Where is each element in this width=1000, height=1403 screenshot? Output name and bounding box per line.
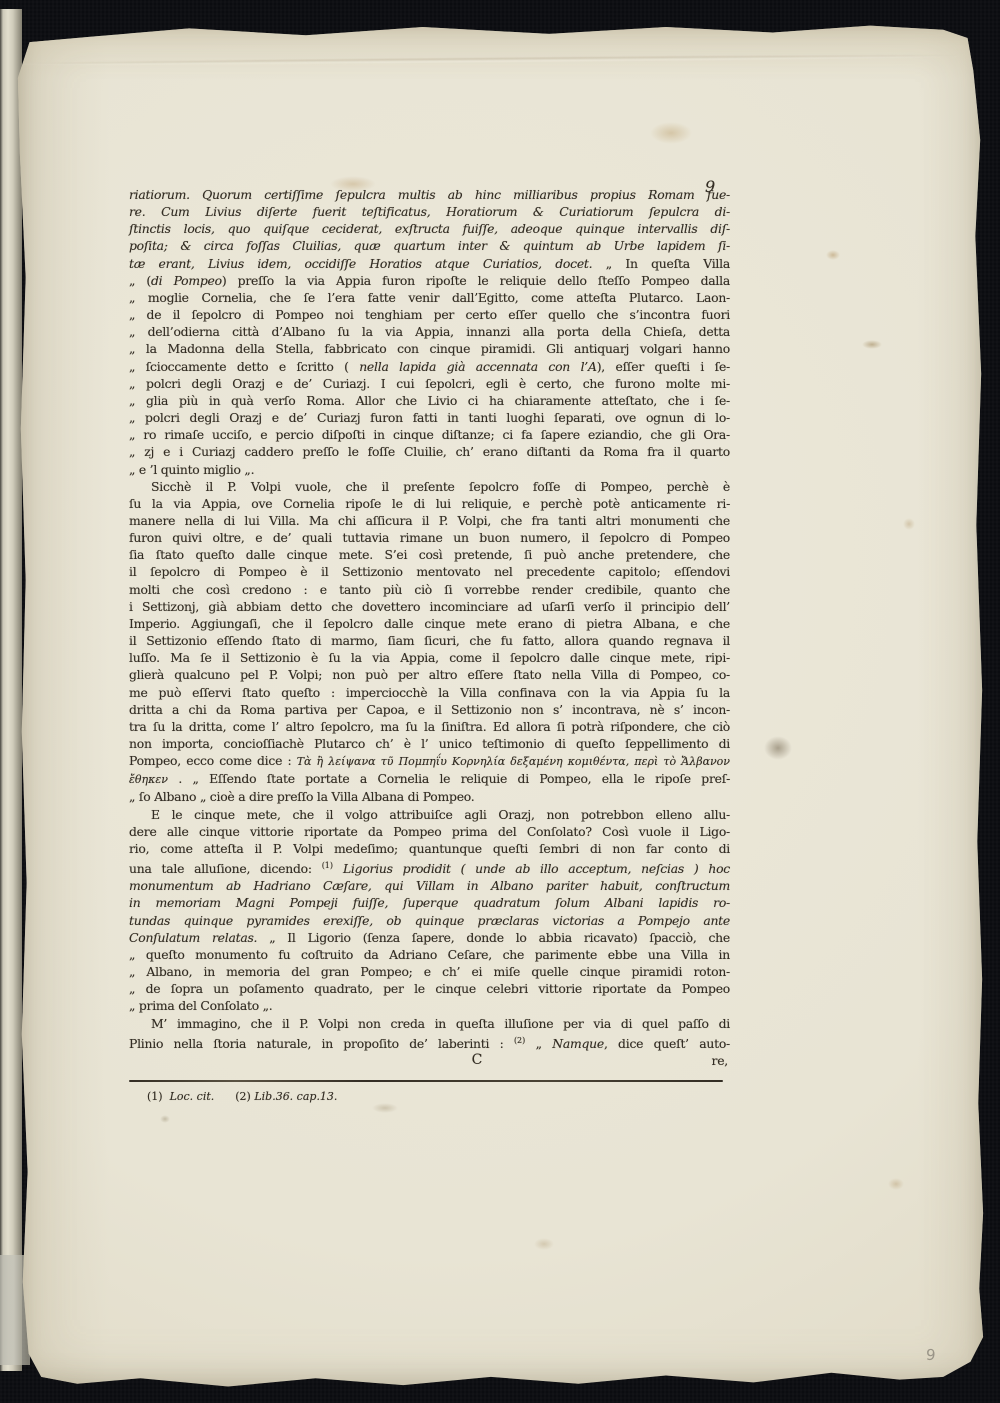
text-line: i Settizonj, già abbiam detto che dovett… bbox=[129, 598, 730, 615]
text-segment: ) preſſo la via Appia furon ripoſte le r… bbox=[222, 273, 730, 288]
text-segment: il Settizonio eſſendo ſtato di marmo, ſi… bbox=[129, 633, 730, 648]
text-line: in memoriam Magni Pompeji fuiſſe, ſuperq… bbox=[129, 894, 730, 911]
text-segment: „ ſo Albano „ cioè a dire preſſo la Vill… bbox=[129, 789, 474, 804]
text-segment: „ queſto monumento fu coſtruito da Adria… bbox=[129, 947, 730, 962]
text-segment: tæ erant, Livius idem, occidiſſe Horatio… bbox=[129, 256, 606, 271]
text-line: ſia ſtato queſto dalle cinque mete. S’ei… bbox=[129, 546, 730, 563]
text-segment: tra ſu la dritta, come l’ altro ſepolcro… bbox=[129, 719, 730, 734]
text-line: Conſulatum relatas. „ Il Ligorio (ſenza … bbox=[129, 929, 730, 946]
text-segment: „ e ’l quinto miglio „. bbox=[129, 462, 254, 477]
text-line: re. Cum Livius diſerte fuerit teſtificat… bbox=[129, 203, 730, 220]
text-segment: ἔθηκεν bbox=[129, 773, 168, 786]
footnote-segment: (2) bbox=[235, 1090, 254, 1103]
text-line: Plinio nella ſtoria naturale, in propoſi… bbox=[129, 1032, 730, 1052]
text-segment: „ Il Ligorio (ſenza ſapere, donde lo abb… bbox=[269, 930, 730, 945]
gathering-signature: C bbox=[472, 1052, 482, 1069]
text-segment: „ prima del Conſolato „. bbox=[129, 998, 272, 1013]
text-segment: ſu la via Appia, ove Cornelia ripoſe le … bbox=[129, 496, 730, 511]
text-segment: manere nella di lui Villa. Ma chi aſſicu… bbox=[129, 513, 730, 528]
text-segment: di Pompeo bbox=[151, 273, 222, 288]
text-line: non importa, concioſſiachè Plutarco ch’ … bbox=[129, 735, 730, 752]
text-segment: „ zj e i Curiazj caddero preſſo le foſſe… bbox=[129, 444, 730, 459]
text-segment: ſtinctis locis, quo quiſque ceciderat, e… bbox=[129, 221, 730, 236]
text-segment: re. Cum Livius diſerte fuerit teſtificat… bbox=[129, 204, 730, 219]
text-segment: „ moglie Cornelia, che ſe l’era fatte ve… bbox=[129, 290, 730, 305]
text-segment: riatiorum. Quorum certiſſime ſepulcra mu… bbox=[129, 187, 730, 202]
text-line: „ la Madonna della Stella, fabbricato co… bbox=[129, 340, 730, 357]
text-segment: Imperio. Aggiungaſi, che il ſepolcro dal… bbox=[129, 616, 730, 631]
body-text: riatiorum. Quorum certiſſime ſepulcra mu… bbox=[129, 186, 730, 1052]
signature-row: C re, bbox=[129, 1052, 730, 1069]
footnote-segment: (1) bbox=[147, 1090, 170, 1103]
text-line: ἔθηκεν . „ Eſſendo ſtate portate a Corne… bbox=[129, 770, 730, 788]
text-line: tra ſu la dritta, come l’ altro ſepolcro… bbox=[129, 718, 730, 735]
text-line: dere alle cinque vittorie riportate da P… bbox=[129, 823, 730, 840]
text-line: „ ro rimaſe ucciſo, e percio diſpoſti in… bbox=[129, 426, 730, 443]
text-segment: ſia ſtato queſto dalle cinque mete. S’ei… bbox=[129, 547, 730, 562]
text-line: „ moglie Cornelia, che ſe l’era fatte ve… bbox=[129, 289, 730, 306]
text-line: dritta a chi da Roma partiva per Capoa, … bbox=[129, 701, 730, 718]
text-segment: Ligorius prodidit ( unde ab illo acceptu… bbox=[343, 861, 730, 876]
text-segment bbox=[333, 861, 343, 876]
text-segment: „ ro rimaſe ucciſo, e percio diſpoſti in… bbox=[129, 427, 730, 442]
text-segment: „ glia più in quà verſo Roma. Allor che … bbox=[129, 393, 730, 408]
text-line: „ polcri degli Orazj e de’ Curiazj. I cu… bbox=[129, 375, 730, 392]
text-segment: „ Albano, in memoria del gran Pompeo; e … bbox=[129, 964, 730, 979]
text-segment: monumentum ab Hadriano Cæſare, qui Villa… bbox=[129, 878, 730, 893]
text-line: „ de ſopra un poſamento quadrato, per le… bbox=[129, 980, 730, 997]
text-segment: . „ Eſſendo ſtate portate a Cornelia le … bbox=[168, 771, 730, 786]
text-segment: Namque bbox=[552, 1036, 604, 1051]
book-leaves-edge bbox=[0, 9, 22, 1371]
text-segment: luſſo. Ma ſe il Settizonio è ſu la via A… bbox=[129, 650, 730, 665]
text-segment: furon quivi oltre, e de’ quali tuttavia … bbox=[129, 530, 730, 545]
text-line: tundas quinque pyramides erexiſſe, ob qu… bbox=[129, 912, 730, 929]
text-line: M’ immagino, che il P. Volpi non creda i… bbox=[129, 1015, 730, 1032]
text-segment: „ bbox=[525, 1036, 552, 1051]
text-line: Imperio. Aggiungaſi, che il ſepolcro dal… bbox=[129, 615, 730, 632]
text-segment: „ In queſta Villa bbox=[606, 256, 730, 271]
text-line: monumentum ab Hadriano Cæſare, qui Villa… bbox=[129, 877, 730, 894]
text-line: „ prima del Conſolato „. bbox=[129, 997, 730, 1014]
text-line: „ (di Pompeo) preſſo la via Appia furon … bbox=[129, 272, 730, 289]
text-line: riatiorum. Quorum certiſſime ſepulcra mu… bbox=[129, 186, 730, 203]
text-line: manere nella di lui Villa. Ma chi aſſicu… bbox=[129, 512, 730, 529]
text-line: E le cinque mete, che il volgo attribuiſ… bbox=[129, 806, 730, 823]
text-line: „ ſcioccamente detto e ſcritto ( nella l… bbox=[129, 358, 730, 375]
text-line: tæ erant, Livius idem, occidiſſe Horatio… bbox=[129, 255, 730, 272]
footnote-rule bbox=[129, 1080, 723, 1083]
text-column: riatiorum. Quorum certiſſime ſepulcra mu… bbox=[129, 186, 730, 1104]
text-line: „ glia più in quà verſo Roma. Allor che … bbox=[129, 392, 730, 409]
text-line: Pompeo, ecco come dice : Τὰ ἢ λείψανα τῦ… bbox=[129, 752, 730, 770]
text-segment: „ de ſopra un poſamento quadrato, per le… bbox=[129, 981, 730, 996]
text-line: Sicchè il P. Volpi vuole, che il preſent… bbox=[129, 478, 730, 495]
text-segment: (1) bbox=[322, 861, 333, 870]
text-segment: Sicchè il P. Volpi vuole, che il preſent… bbox=[151, 479, 730, 494]
scanned-book-photo: { "colors": { "background": "#0b0c10", "… bbox=[0, 0, 1000, 1403]
text-segment: dere alle cinque vittorie riportate da P… bbox=[129, 824, 730, 839]
text-line: una tale alluſione, dicendo: (1) Ligoriu… bbox=[129, 857, 730, 877]
catchword: re, bbox=[712, 1052, 728, 1069]
text-segment: poſita; & circa foſſas Cluilias, quæ qua… bbox=[129, 238, 730, 253]
text-segment: „ de il ſepolcro di Pompeo noi tenghiam … bbox=[129, 307, 730, 322]
text-line: „ zj e i Curiazj caddero preſſo le foſſe… bbox=[129, 443, 730, 460]
text-segment: , dice queſt’ auto- bbox=[604, 1036, 730, 1051]
text-segment: M’ immagino, che il P. Volpi non creda i… bbox=[151, 1016, 730, 1031]
text-line: „ ſo Albano „ cioè a dire preſſo la Vill… bbox=[129, 788, 730, 805]
footnote-line: (1) Loc. cit. (2) Lib.36. cap.13. bbox=[129, 1089, 730, 1104]
text-segment: nella lapida già accennata con l’A bbox=[359, 359, 596, 374]
text-segment: „ ( bbox=[129, 273, 151, 288]
text-segment: una tale alluſione, dicendo: bbox=[129, 861, 322, 876]
text-segment: glierà qualcuno pel P. Volpi; non può pe… bbox=[129, 667, 730, 682]
text-segment: Τὰ ἢ λείψανα τῦ Πομπηΐυ Κορνηλία δεξαμέν… bbox=[297, 755, 730, 768]
text-segment: dritta a chi da Roma partiva per Capoa, … bbox=[129, 702, 730, 717]
text-line: „ e ’l quinto miglio „. bbox=[129, 461, 730, 478]
text-segment: „ la Madonna della Stella, fabbricato co… bbox=[129, 341, 730, 356]
text-segment: „ polcri degli Orazj e de’ Curiazj. I cu… bbox=[129, 376, 730, 391]
text-line: poſita; & circa foſſas Cluilias, quæ qua… bbox=[129, 237, 730, 254]
footnote-segment: Loc. cit. bbox=[170, 1090, 215, 1103]
text-segment: Pompeo, ecco come dice : bbox=[129, 753, 297, 768]
footnote-segment bbox=[214, 1090, 235, 1103]
text-segment: ), eſſer queſti i ſe- bbox=[597, 359, 730, 374]
text-line: rio, come atteſta il P. Volpi medeſimo; … bbox=[129, 840, 730, 857]
text-line: me può eſſervi ſtato queſto : imperciocc… bbox=[129, 684, 730, 701]
text-segment: Plinio nella ſtoria naturale, in propoſi… bbox=[129, 1036, 514, 1051]
text-line: „ Albano, in memoria del gran Pompeo; e … bbox=[129, 963, 730, 980]
text-line: „ queſto monumento fu coſtruito da Adria… bbox=[129, 946, 730, 963]
text-line: luſſo. Ma ſe il Settizonio è ſu la via A… bbox=[129, 649, 730, 666]
text-line: furon quivi oltre, e de’ quali tuttavia … bbox=[129, 529, 730, 546]
pencil-page-number: 9 bbox=[925, 1346, 936, 1365]
text-line: ſu la via Appia, ove Cornelia ripoſe le … bbox=[129, 495, 730, 512]
text-line: molti che così credono : e tanto più ciò… bbox=[129, 581, 730, 598]
text-segment: „ ſcioccamente detto e ſcritto ( bbox=[129, 359, 359, 374]
text-segment: rio, come atteſta il P. Volpi medeſimo; … bbox=[129, 841, 730, 856]
text-line: il ſepolcro di Pompeo è il Settizonio me… bbox=[129, 563, 730, 580]
footnote-segment: Lib.36. cap.13. bbox=[254, 1090, 337, 1103]
text-segment: molti che così credono : e tanto più ciò… bbox=[129, 582, 730, 597]
text-segment: „ dell’odierna città d’Albano ſu la via … bbox=[129, 324, 730, 339]
text-line: „ dell’odierna città d’Albano ſu la via … bbox=[129, 323, 730, 340]
text-segment: (2) bbox=[514, 1036, 525, 1045]
text-line: „ polcri degli Orazj e de’ Curiazj furon… bbox=[129, 409, 730, 426]
text-segment: in memoriam Magni Pompeji fuiſſe, ſuperq… bbox=[129, 895, 730, 910]
text-segment: E le cinque mete, che il volgo attribuiſ… bbox=[151, 807, 730, 822]
text-segment: i Settizonj, già abbiam detto che dovett… bbox=[129, 599, 730, 614]
text-segment: „ polcri degli Orazj e de’ Curiazj furon… bbox=[129, 410, 730, 425]
text-segment: me può eſſervi ſtato queſto : imperciocc… bbox=[129, 685, 730, 700]
text-line: il Settizonio eſſendo ſtato di marmo, ſi… bbox=[129, 632, 730, 649]
text-segment: non importa, concioſſiachè Plutarco ch’ … bbox=[129, 736, 730, 751]
text-segment: tundas quinque pyramides erexiſſe, ob qu… bbox=[129, 913, 730, 928]
text-line: glierà qualcuno pel P. Volpi; non può pe… bbox=[129, 666, 730, 683]
text-line: „ de il ſepolcro di Pompeo noi tenghiam … bbox=[129, 306, 730, 323]
text-segment: Conſulatum relatas. bbox=[129, 930, 269, 945]
text-line: ſtinctis locis, quo quiſque ceciderat, e… bbox=[129, 220, 730, 237]
text-segment: il ſepolcro di Pompeo è il Settizonio me… bbox=[129, 564, 730, 579]
